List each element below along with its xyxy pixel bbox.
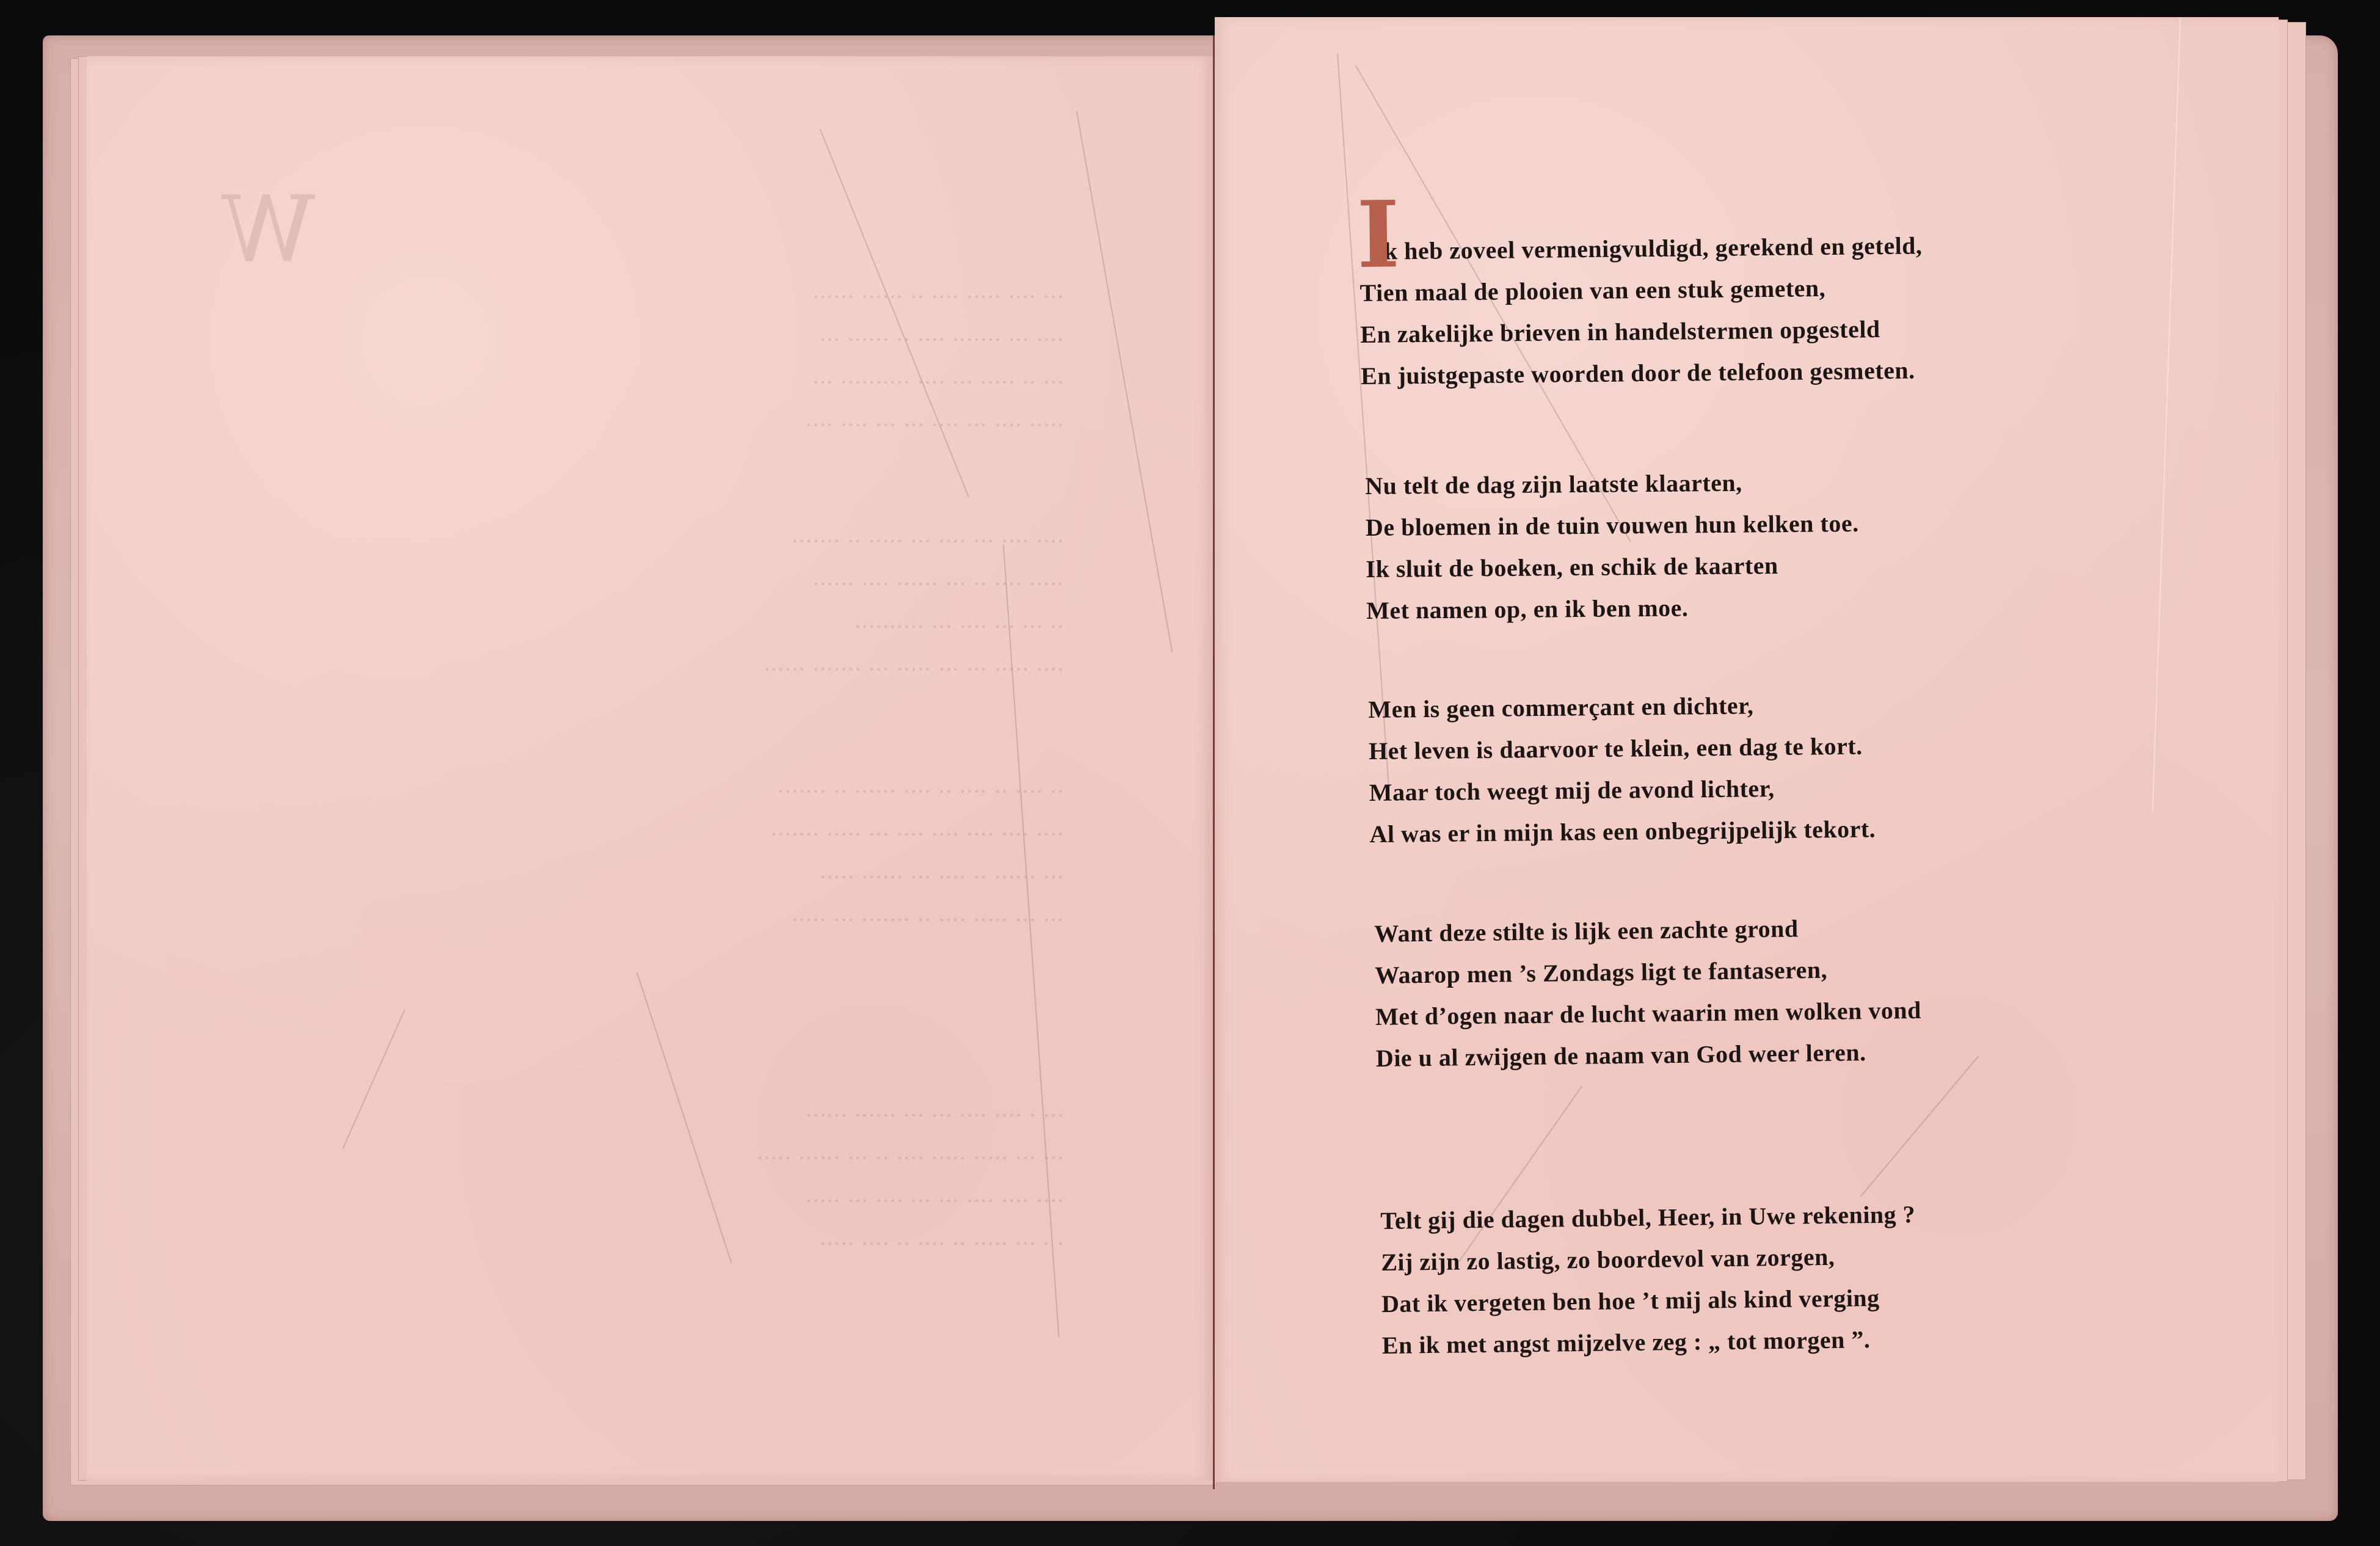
poem-line: Ik sluit de boeken, en schik de kaarten xyxy=(1366,544,1859,590)
bleed-through-text: W ··· ···· ····· ···· ·· ······ ······ ·… xyxy=(184,184,1064,1266)
paper-scratch xyxy=(1337,54,1389,785)
bleed-line: ···· ···· ···· ··· ··· ···· ··· ····· xyxy=(184,1180,1064,1223)
bleed-line: ···· ····· ··· ··· ····· ··· ······· ···… xyxy=(184,649,1064,691)
bleed-line: ···· ···· ···· ···· ···· ··· ····· ·····… xyxy=(184,814,1064,856)
bleed-line: ··· ··· ····· ···· ·· ······· ··· ····· xyxy=(184,899,1064,942)
poem-line: Met namen op, en ik ben moe. xyxy=(1366,586,1860,632)
bleed-through-drop-cap: W xyxy=(184,184,1064,276)
poem-line: Waarop men ’s Zondags ligt te fantaseren… xyxy=(1375,948,1921,996)
poem-stanza-1: I k heb zoveel vermenigvuldigd, gerekend… xyxy=(1359,189,1924,397)
poem-stanza-3: Men is geen commerçant en dichter, Het l… xyxy=(1368,684,1876,855)
paper-scratch xyxy=(1860,1056,1979,1197)
left-page: W ··· ···· ····· ···· ·· ······ ······ ·… xyxy=(87,56,1215,1481)
poem-line: Men is geen commerçant en dichter, xyxy=(1368,684,1874,731)
bleed-line: ···· ···· ··· ···· ··· ····· ·· ······· xyxy=(184,520,1064,563)
bleed-line: ····· ···· ··· ···· ··· ··· ···· ···· xyxy=(184,404,1064,447)
bleed-line: ··· ··· ····· ····· ···· ·· ··· ······ ·… xyxy=(184,1137,1064,1180)
bleed-line: · · ··· ····· ·· ···· ·· ···· ····· xyxy=(184,1223,1064,1266)
poem-line: En juistgepaste woorden door de telefoon… xyxy=(1361,349,1924,397)
poem-line: Telt gij die dagen dubbel, Heer, in Uwe … xyxy=(1380,1194,1916,1242)
bleed-line: ····· ···· ·· ··· ······ ···· ······ xyxy=(184,563,1064,606)
bleed-line: ···· ··· ······· ···· ·· ······ ··· xyxy=(184,319,1064,362)
poem-line: Tien maal de plooien van een stuk gemete… xyxy=(1359,266,1923,314)
poem-line: Met d’ogen naar de lucht waarin men wolk… xyxy=(1375,990,1922,1038)
poem-line: Dat ik vergeten ben hoe ’t mij als kind … xyxy=(1381,1277,1917,1325)
poem-stanza-4: Want deze stilte is lijk een zachte gron… xyxy=(1374,906,1922,1079)
bleed-line: ··· · ···· ···· ··· ··· ······ ······ xyxy=(184,1095,1064,1137)
poem-line: Al was er in mijn kas een onbegrijpelijk… xyxy=(1369,808,1876,855)
paper-scratch xyxy=(2152,17,2181,811)
poem-line: De bloemen in de tuin vouwen hun kelken … xyxy=(1366,503,1859,549)
poem-line: Die u al zwijgen de naam van God weer le… xyxy=(1375,1031,1922,1079)
bleed-line: ·· ··· ··· ···· ··· ·········· xyxy=(184,606,1064,649)
bleed-line: ··· ·· ····· ··· ···· ·········· ··· xyxy=(184,362,1064,404)
poem-line: Maar toch weegt mij de avond lichter, xyxy=(1369,767,1875,814)
paper-scratch xyxy=(1076,111,1173,653)
poem-line: k heb zoveel vermenigvuldigd, gerekend e… xyxy=(1359,189,1923,272)
poem-line: En zakelijke brieven in handelstermen op… xyxy=(1360,308,1923,356)
poem-line: Het leven is daarvoor te klein, een dag … xyxy=(1369,725,1875,772)
drop-cap: I xyxy=(1356,195,1400,275)
bleed-line: ··· ···· ····· ···· ·· ······ ······ xyxy=(184,276,1064,319)
bleed-line: ··· ······ ·· ···· ··· ······ ····· xyxy=(184,856,1064,899)
poem-stanza-2: Nu telt de dag zijn laatste klaarten, De… xyxy=(1365,461,1860,632)
poem-line: Want deze stilte is lijk een zachte gron… xyxy=(1374,906,1921,955)
poem-stanza-5: Telt gij die dagen dubbel, Heer, in Uwe … xyxy=(1380,1194,1917,1366)
poem-line: Nu telt de dag zijn laatste klaarten, xyxy=(1365,461,1858,507)
poem-line: En ik met angst mijzelve zeg : „ tot mor… xyxy=(1381,1318,1917,1366)
bleed-line: ·· ···· ·· ···· ·· ···· ······ ·· ······… xyxy=(184,771,1064,814)
poem-line: Zij zijn zo lastig, zo boordevol van zor… xyxy=(1381,1235,1916,1283)
